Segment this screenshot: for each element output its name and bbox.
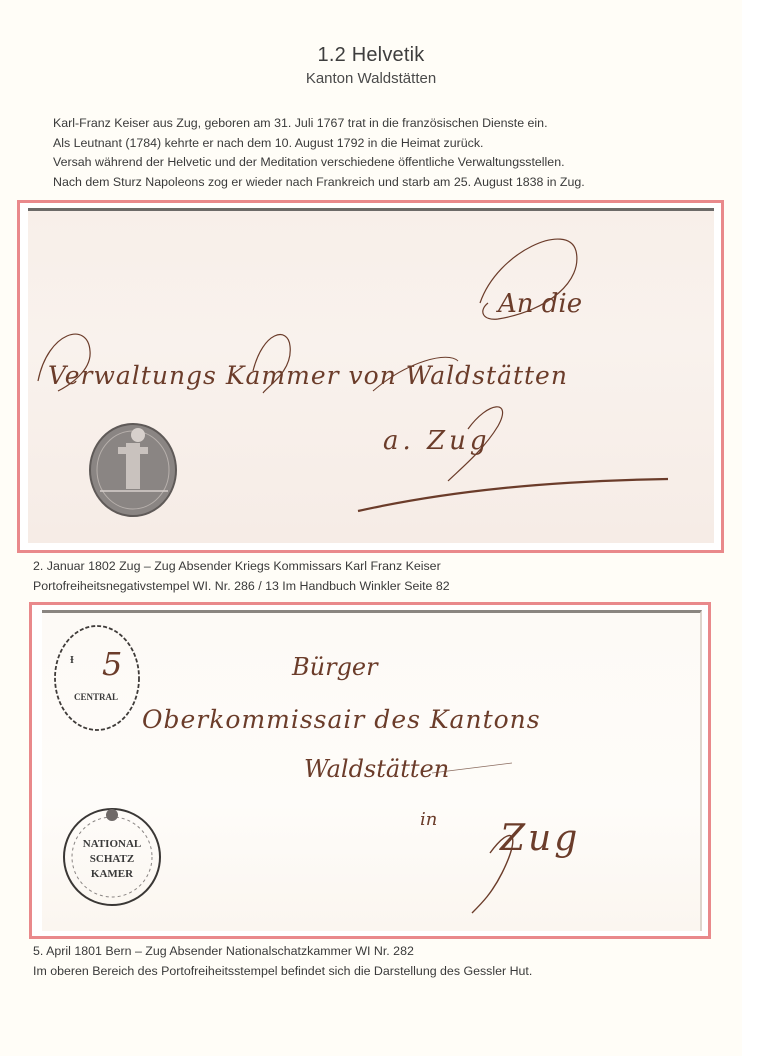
address-line-1: An die <box>498 289 582 319</box>
page-title: 1.2 Helvetik <box>0 44 742 67</box>
caption-line: Portofreiheitsnegativstempel WI. Nr. 286… <box>33 577 450 597</box>
cover-frame-1: An die Verwaltungs Kammer von Waldstätte… <box>17 200 724 553</box>
intro-line: Als Leutnant (1784) kehrte er nach dem 1… <box>53 134 733 154</box>
stamp-line-kamer: KAMER <box>91 868 134 880</box>
intro-text: Karl-Franz Keiser aus Zug, geboren am 31… <box>53 114 733 192</box>
address-line-3: Waldstätten <box>304 755 449 783</box>
envelope-2: CENTRAL Ɨ 5 NATIONAL SCHATZ KAMER Bürger… <box>42 610 702 931</box>
caption-line: 2. Januar 1802 Zug – Zug Absender Kriegs… <box>33 557 450 577</box>
stamp-line-schatz: SCHATZ <box>90 853 134 865</box>
album-page: 1.2 Helvetik Kanton Waldstätten Karl-Fra… <box>0 0 742 1056</box>
caption-line: 5. April 1801 Bern – Zug Absender Nation… <box>33 942 532 962</box>
caption-cover-2: 5. April 1801 Bern – Zug Absender Nation… <box>33 942 532 981</box>
page-subtitle: Kanton Waldstätten <box>0 70 742 87</box>
intro-line: Karl-Franz Keiser aus Zug, geboren am 31… <box>53 114 733 134</box>
intro-line: Nach dem Sturz Napoleons zog er wieder n… <box>53 173 733 193</box>
stamp-line-national: NATIONAL <box>83 838 141 850</box>
address-line-4: in <box>420 809 437 830</box>
envelope-1: An die Verwaltungs Kammer von Waldstätte… <box>28 208 714 543</box>
caption-cover-1: 2. Januar 1802 Zug – Zug Absender Kriegs… <box>33 557 450 596</box>
address-line-3: a. Zug <box>383 426 490 456</box>
address-line-5: Zug <box>500 818 580 859</box>
cover-frame-2: CENTRAL Ɨ 5 NATIONAL SCHATZ KAMER Bürger… <box>29 602 711 939</box>
caption-line: Im oberen Bereich des Portofreiheitsstem… <box>33 962 532 982</box>
address-line-1: Bürger <box>292 653 378 681</box>
svg-text:Ɨ: Ɨ <box>70 655 74 666</box>
intro-line: Versah während der Helvetic und der Medi… <box>53 153 733 173</box>
stamp-number: 5 <box>102 645 122 683</box>
address-line-2: Oberkommissair des Kantons <box>142 705 541 734</box>
address-line-2: Verwaltungs Kammer von Waldstätten <box>48 361 568 390</box>
central-stamp-text: CENTRAL <box>74 692 118 702</box>
